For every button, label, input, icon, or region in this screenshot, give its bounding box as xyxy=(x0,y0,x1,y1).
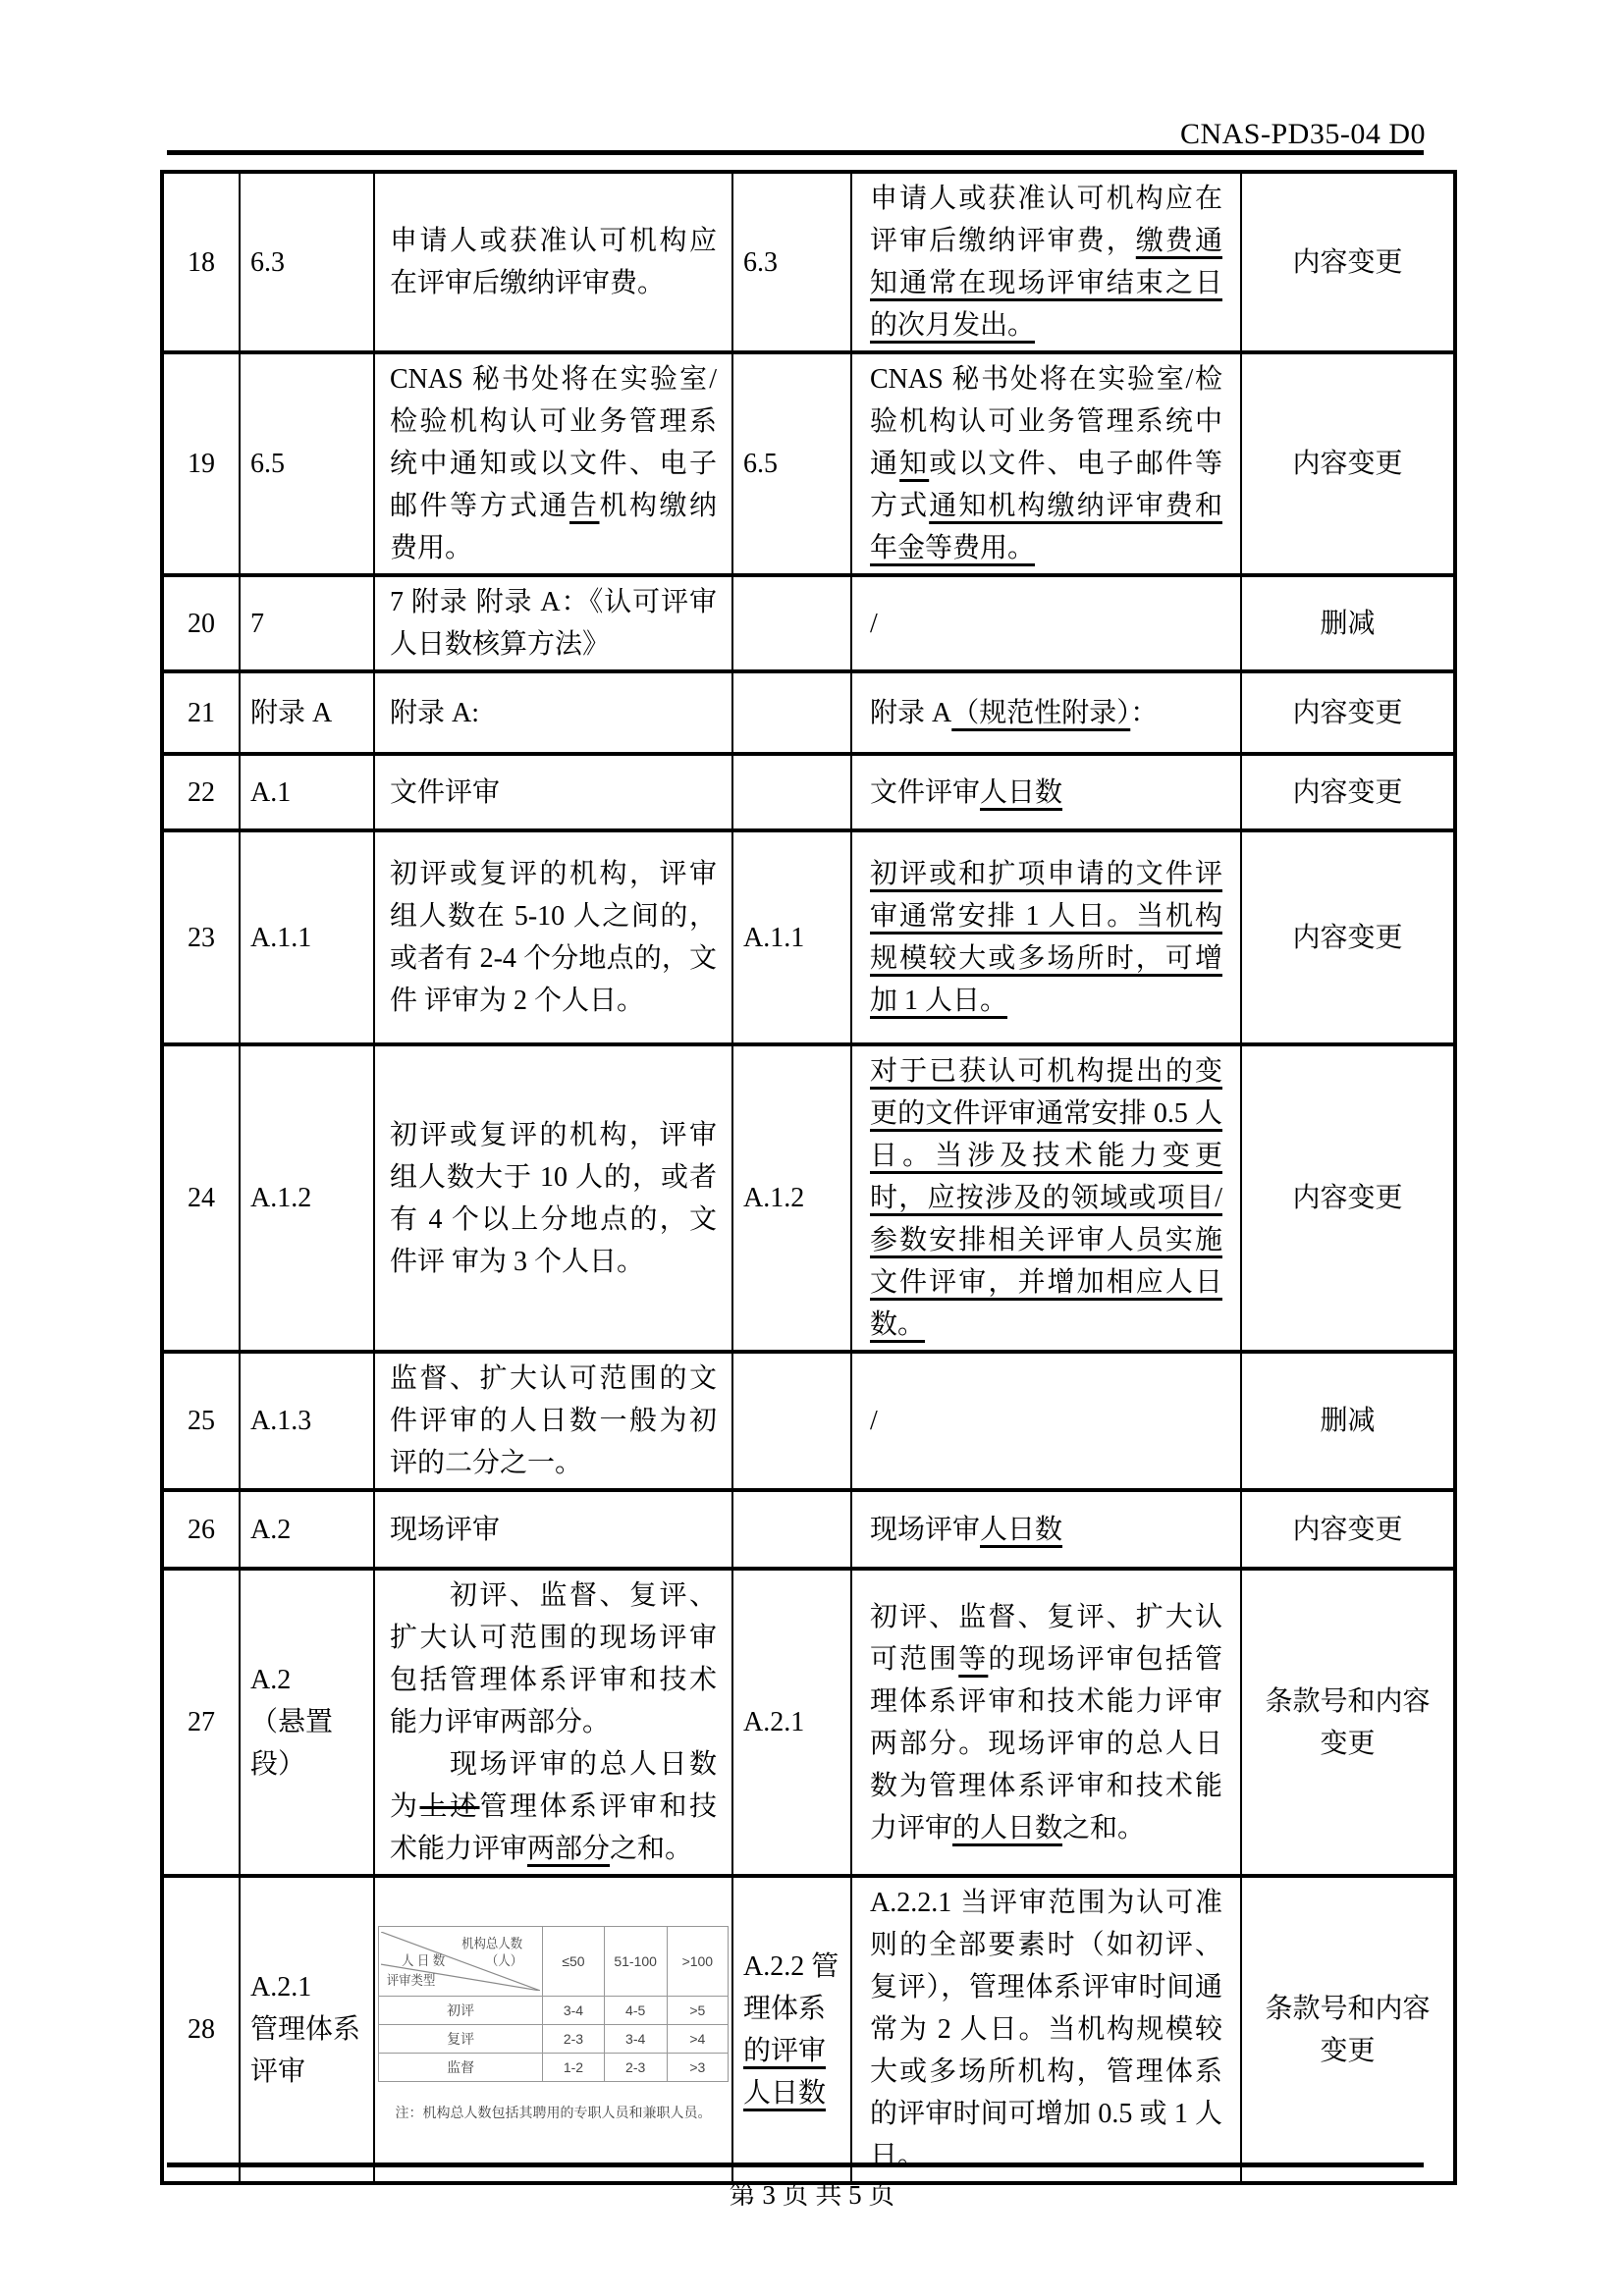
comparison-row: 26A.2现场评审现场评审人日数内容变更 xyxy=(162,1490,1455,1569)
text-segment: 7 xyxy=(250,609,264,639)
text-segment: A.1.2 xyxy=(743,1183,804,1213)
man-days-value: 2-3 xyxy=(604,2053,667,2081)
text-segment: A.2.1 xyxy=(743,1707,804,1737)
comparison-row: 186.3申请人或获准认可机构应在评审后缴纳评审费。6.3申请人或获准认可机构应… xyxy=(162,172,1455,352)
new-clause-number: A.2.1 xyxy=(732,1569,851,1876)
old-clause-number: A.2.1 管理体系评审 xyxy=(240,1876,374,2183)
svg-text:人 日 数: 人 日 数 xyxy=(402,1952,445,1968)
text-segment: 28 xyxy=(188,2014,215,2045)
text-segment: 内容变更 xyxy=(1292,449,1402,479)
new-clause-number: A.1.1 xyxy=(732,830,851,1044)
comparison-row: 24A.1.2初评或复评的机构，评审组人数大于 10 人的，或者有 4 个以上分… xyxy=(162,1044,1455,1352)
row-number: 18 xyxy=(162,172,240,352)
old-content: 初评或复评的机构，评审组人数大于 10 人的，或者有 4 个以上分地点的，文件评… xyxy=(374,1044,732,1352)
text-segment: 内容变更 xyxy=(1292,1515,1402,1545)
row-number: 26 xyxy=(162,1490,240,1569)
text-segment: 25 xyxy=(188,1406,215,1436)
text-segment: 初评或和扩项申请的文件评审通常安排 1 人日。当机构规模较大或多场所时，可增加 … xyxy=(870,859,1222,1016)
audit-days-row: 监督1-22-3>3 xyxy=(379,2053,729,2081)
text-segment: A.1 xyxy=(250,777,291,808)
text-segment: 监督、扩大认可范围的文件评审的人日数一般为初评的二分之一。 xyxy=(390,1363,717,1478)
new-content: 初评或和扩项申请的文件评审通常安排 1 人日。当机构规模较大或多场所时，可增加 … xyxy=(851,830,1241,1044)
text-segment: 20 xyxy=(188,609,215,639)
old-clause-number: 附录 A xyxy=(240,671,374,754)
text-segment: 21 xyxy=(188,698,215,728)
text-segment: 告 xyxy=(569,491,600,521)
text-segment: 7 附录 附录 A：《认可评审人日数核算方法》 xyxy=(390,587,717,660)
row-number: 23 xyxy=(162,830,240,1044)
text-segment: 知 xyxy=(899,449,929,479)
text-segment: 内容变更 xyxy=(1292,247,1402,278)
man-days-value: 3-4 xyxy=(604,2024,667,2053)
row-number: 27 xyxy=(162,1569,240,1876)
text-segment: 内容变更 xyxy=(1292,698,1402,728)
new-clause-number: 6.3 xyxy=(732,172,851,352)
change-type: 删减 xyxy=(1241,575,1455,671)
text-segment: 申请人或获准认可机构应在评审后缴纳评审费。 xyxy=(390,226,717,298)
comparison-row: 21附录 A附录 A:附录 A（规范性附录）：内容变更 xyxy=(162,671,1455,754)
text-segment: 人日数 xyxy=(980,1515,1062,1545)
old-clause-number: A.1.3 xyxy=(240,1352,374,1490)
new-clause-number: 6.5 xyxy=(732,352,851,575)
text-segment: 条款号和内容 变更 xyxy=(1265,1686,1430,1759)
old-clause-number: A.1 xyxy=(240,754,374,830)
svg-text:评审类型: 评审类型 xyxy=(387,1972,436,1988)
text-segment: 附录 A xyxy=(870,698,951,728)
old-content: 监督、扩大认可范围的文件评审的人日数一般为初评的二分之一。 xyxy=(374,1352,732,1490)
text-segment: 6.3 xyxy=(250,247,285,278)
text-segment: 内容变更 xyxy=(1292,1183,1402,1213)
text-segment: 等 xyxy=(958,1644,988,1675)
text-segment: ： xyxy=(1130,698,1158,728)
text-segment: 24 xyxy=(188,1183,215,1213)
new-content: 初评、监督、复评、扩大认可范围等的现场评审包括管理体系评审和技术能力评审两部分。… xyxy=(851,1569,1241,1876)
text-segment: 27 xyxy=(188,1707,215,1737)
new-content: A.2.2.1 当评审范围为认可准则的全部要素时（如初评、复评），管理体系评审时… xyxy=(851,1876,1241,2183)
staff-range-header: 51-100 xyxy=(604,1926,667,1996)
audit-type-label: 复评 xyxy=(379,2024,543,2053)
man-days-value: 1-2 xyxy=(543,2053,604,2081)
change-type: 条款号和内容 变更 xyxy=(1241,1876,1455,2183)
text-segment: 之和。 xyxy=(610,1834,692,1864)
text-segment: 文件评审 xyxy=(870,777,980,808)
comparison-row: 28A.2.1 管理体系评审机构总人数（人）人 日 数评审类型≤5051-100… xyxy=(162,1876,1455,2183)
comparison-row: 27A.2 （悬置段） 初评、监督、复评、扩大认可范围的现场评审包括管理体系评审… xyxy=(162,1569,1455,1876)
change-type: 条款号和内容 变更 xyxy=(1241,1569,1455,1876)
new-content: 附录 A（规范性附录）： xyxy=(851,671,1241,754)
text-segment: A.1.3 xyxy=(250,1406,311,1436)
change-type: 删减 xyxy=(1241,1352,1455,1490)
embedded-audit-days-figure: 机构总人数（人）人 日 数评审类型≤5051-100>100初评3-44-5>5… xyxy=(378,1926,729,2134)
header-rule xyxy=(167,150,1424,155)
text-segment: 内容变更 xyxy=(1292,777,1402,808)
text-segment: A.2.2.1 当评审范围为认可准则的全部要素时（如初评、复评），管理体系评审时… xyxy=(870,1888,1222,2171)
old-content: 机构总人数（人）人 日 数评审类型≤5051-100>100初评3-44-5>5… xyxy=(374,1876,732,2183)
change-type: 内容变更 xyxy=(1241,830,1455,1044)
old-clause-number: A.2 xyxy=(240,1490,374,1569)
new-content: / xyxy=(851,575,1241,671)
change-type: 内容变更 xyxy=(1241,352,1455,575)
new-clause-number xyxy=(732,671,851,754)
man-days-value: 4-5 xyxy=(604,1996,667,2024)
table-body: 186.3申请人或获准认可机构应在评审后缴纳评审费。6.3申请人或获准认可机构应… xyxy=(162,172,1455,2183)
change-type: 内容变更 xyxy=(1241,754,1455,830)
comparison-row: 25A.1.3监督、扩大认可范围的文件评审的人日数一般为初评的二分之一。/删减 xyxy=(162,1352,1455,1490)
old-content: 初评或复评的机构，评审组人数在 5-10 人之间的，或者有 2-4 个分地点的，… xyxy=(374,830,732,1044)
old-clause-number: 6.5 xyxy=(240,352,374,575)
text-segment: 删减 xyxy=(1320,1406,1375,1436)
text-segment: A.2 xyxy=(250,1515,291,1545)
change-type: 内容变更 xyxy=(1241,671,1455,754)
old-clause-number: 6.3 xyxy=(240,172,374,352)
text-segment: 两部分 xyxy=(527,1834,610,1864)
row-number: 28 xyxy=(162,1876,240,2183)
text-segment: 22 xyxy=(188,777,215,808)
old-clause-number: A.1.1 xyxy=(240,830,374,1044)
row-number: 25 xyxy=(162,1352,240,1490)
text-segment: 内容变更 xyxy=(1292,923,1402,953)
text-segment: 删减 xyxy=(1320,609,1375,639)
text-segment: A.1.2 xyxy=(250,1183,311,1213)
row-number: 22 xyxy=(162,754,240,830)
change-type: 内容变更 xyxy=(1241,1044,1455,1352)
old-content: CNAS 秘书处将在实验室/检验机构认可业务管理系统中通知或以文件、电子邮件等方… xyxy=(374,352,732,575)
row-number: 20 xyxy=(162,575,240,671)
man-days-value: >3 xyxy=(667,2053,728,2081)
document-page: CNAS-PD35-04 D0 186.3申请人或获准认可机构应在评审后缴纳评审… xyxy=(0,0,1624,2296)
new-clause-number xyxy=(732,1352,851,1490)
text-segment: 18 xyxy=(188,247,215,278)
old-content: 初评、监督、复评、扩大认可范围的现场评审包括管理体系评审和技术能力评审两部分。 … xyxy=(374,1569,732,1876)
audit-type-label: 初评 xyxy=(379,1996,543,2024)
text-segment: 现场评审 xyxy=(390,1515,500,1545)
document-code: CNAS-PD35-04 D0 xyxy=(0,118,1426,151)
new-content: 对于已获认可机构提出的变更的文件评审通常安排 0.5 人日。当涉及技术能力变更时… xyxy=(851,1044,1241,1352)
man-days-value: 3-4 xyxy=(543,1996,604,2024)
text-segment: 附录 A: xyxy=(390,698,479,728)
text-segment: 现场评审 xyxy=(870,1515,980,1545)
comparison-row: 23A.1.1初评或复评的机构，评审组人数在 5-10 人之间的，或者有 2-4… xyxy=(162,830,1455,1044)
comparison-row: 22A.1文件评审文件评审人日数内容变更 xyxy=(162,754,1455,830)
text-segment: 条款号和内容 变更 xyxy=(1265,1994,1430,2066)
text-segment: 上述 xyxy=(420,1791,480,1822)
text-segment: 人日数 xyxy=(980,777,1062,808)
audit-days-table: 机构总人数（人）人 日 数评审类型≤5051-100>100初评3-44-5>5… xyxy=(378,1926,729,2082)
text-segment: 的评审人日数 xyxy=(743,2036,826,2109)
text-segment: A.2 （悬置段） xyxy=(250,1665,333,1780)
man-days-value: >5 xyxy=(667,1996,728,2024)
new-clause-number xyxy=(732,754,851,830)
row-number: 19 xyxy=(162,352,240,575)
comparison-row: 196.5CNAS 秘书处将在实验室/检验机构认可业务管理系统中通知或以文件、电… xyxy=(162,352,1455,575)
old-clause-number: 7 xyxy=(240,575,374,671)
text-segment: A.1.1 xyxy=(743,923,804,953)
change-type: 内容变更 xyxy=(1241,172,1455,352)
change-type: 内容变更 xyxy=(1241,1490,1455,1569)
text-segment: 附录 A xyxy=(250,698,332,728)
new-content: CNAS 秘书处将在实验室/检验机构认可业务管理系统中通知或以文件、电子邮件等方… xyxy=(851,352,1241,575)
staff-range-header: >100 xyxy=(667,1926,728,1996)
new-content: 文件评审人日数 xyxy=(851,754,1241,830)
text-segment: 初评或复评的机构，评审组人数在 5-10 人之间的，或者有 2-4 个分地点的，… xyxy=(390,859,717,1016)
old-content: 附录 A: xyxy=(374,671,732,754)
page-number: 第 3 页 共 5 页 xyxy=(0,2173,1624,2212)
audit-days-table-note: 注：机构总人数包括其聘用的专职人员和兼职人员。 xyxy=(378,2092,729,2134)
row-number: 24 xyxy=(162,1044,240,1352)
new-content: 申请人或获准认可机构应在评审后缴纳评审费，缴费通知通常在现场评审结束之日的次月发… xyxy=(851,172,1241,352)
text-segment: 初评或复评的机构，评审组人数大于 10 人的，或者有 4 个以上分地点的，文件评… xyxy=(390,1120,717,1277)
footer-rule xyxy=(167,2163,1424,2167)
text-segment: 26 xyxy=(188,1515,215,1545)
text-segment: 初评、监督、复评、扩大认可范围的现场评审包括管理体系评审和技术能力评审两部分。 … xyxy=(390,1580,717,1822)
new-content: / xyxy=(851,1352,1241,1490)
svg-text:（人）: （人） xyxy=(486,1952,522,1968)
man-days-value: 2-3 xyxy=(543,2024,604,2053)
text-segment: （规范性附录） xyxy=(951,698,1130,728)
text-segment: / xyxy=(870,1406,878,1436)
man-days-value: >4 xyxy=(667,2024,728,2053)
new-clause-number xyxy=(732,1490,851,1569)
text-segment: / xyxy=(870,609,878,639)
text-segment: 23 xyxy=(188,923,215,953)
text-segment: 6.5 xyxy=(743,449,778,479)
text-segment: A.2.1 管理体系评审 xyxy=(250,1972,360,2087)
new-clause-number: A.2.2 管理体系的评审人日数 xyxy=(732,1876,851,2183)
text-segment: 6.3 xyxy=(743,247,778,278)
svg-text:机构总人数: 机构总人数 xyxy=(461,1936,522,1951)
revision-comparison-table: 186.3申请人或获准认可机构应在评审后缴纳评审费。6.3申请人或获准认可机构应… xyxy=(160,170,1457,2185)
old-content: 7 附录 附录 A：《认可评审人日数核算方法》 xyxy=(374,575,732,671)
old-clause-number: A.1.2 xyxy=(240,1044,374,1352)
diagonal-split-graphic: 机构总人数（人）人 日 数评审类型 xyxy=(381,1932,540,1991)
audit-days-row: 初评3-44-5>5 xyxy=(379,1996,729,2024)
text-segment: 19 xyxy=(188,449,215,479)
old-clause-number: A.2 （悬置段） xyxy=(240,1569,374,1876)
text-segment: 的人日数 xyxy=(952,1813,1062,1843)
text-segment: 对于已获认可机构提出的变更的文件评审通常安排 0.5 人日。当涉及技术能力变更时… xyxy=(870,1056,1222,1340)
text-segment: A.1.1 xyxy=(250,923,311,953)
text-segment: 文件评审 xyxy=(390,777,500,808)
text-segment: 之和。 xyxy=(1062,1813,1145,1843)
audit-type-label: 监督 xyxy=(379,2053,543,2081)
old-content: 申请人或获准认可机构应在评审后缴纳评审费。 xyxy=(374,172,732,352)
text-segment: 6.5 xyxy=(250,449,285,479)
new-clause-number: A.1.2 xyxy=(732,1044,851,1352)
comparison-row: 2077 附录 附录 A：《认可评审人日数核算方法》/删减 xyxy=(162,575,1455,671)
text-segment: A.2.2 管理体系 xyxy=(743,1951,839,2024)
diagonal-header-cell: 机构总人数（人）人 日 数评审类型 xyxy=(379,1926,543,1996)
audit-days-row: 复评2-33-4>4 xyxy=(379,2024,729,2053)
new-clause-number xyxy=(732,575,851,671)
staff-range-header: ≤50 xyxy=(543,1926,604,1996)
row-number: 21 xyxy=(162,671,240,754)
old-content: 现场评审 xyxy=(374,1490,732,1569)
old-content: 文件评审 xyxy=(374,754,732,830)
new-content: 现场评审人日数 xyxy=(851,1490,1241,1569)
